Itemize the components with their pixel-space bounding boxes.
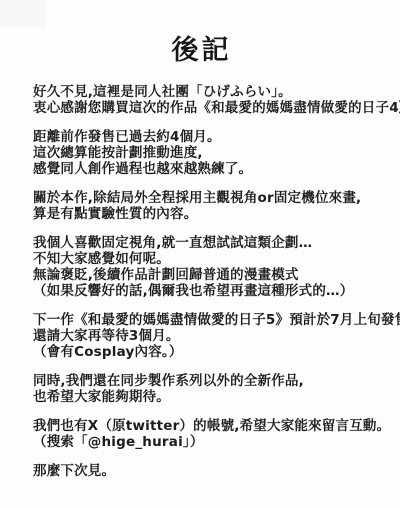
paragraph-social-account: 我們也有X（原twitter）的帳號,希望大家能來留言互動。 （搜索「@hige… [33, 418, 370, 450]
paragraph-personal-view: 我個人喜歡固定視角,就一直想試試這類企劃… 不知大家感覺如何呢。 無論褒貶,後續… [33, 235, 370, 299]
paragraph-farewell: 那麼下次見。 [33, 463, 370, 479]
afterword-line: 這次總算能按計劃推動進度, [33, 145, 370, 161]
afterword-line: 下一作《和最愛的媽媽盡情做愛的日子5》預計於7月上旬發售, [33, 312, 370, 328]
afterword-line: 關於本作,除結局外全程採用主觀視角or固定機位來畫, [33, 190, 370, 206]
afterword-line: （搜索「@hige_hurai」） [33, 434, 370, 450]
afterword-line: （如果反響好的話,偶爾我也希望再畫這種形式的…） [33, 283, 370, 299]
afterword-line: 同時,我們還在同步製作系列以外的全新作品, [33, 373, 370, 389]
afterword-line: 無論褒貶,後續作品計劃回歸普通的漫畫模式 [33, 267, 370, 283]
paragraph-about-work: 關於本作,除結局外全程採用主觀視角or固定機位來畫, 算是有點實驗性質的內容。 [33, 190, 370, 222]
afterword-line: 那麼下次見。 [33, 463, 370, 479]
afterword-line: 算是有點實驗性質的內容。 [33, 206, 370, 222]
paragraph-progress: 距離前作發售已過去約4個月。 這次總算能按計劃推動進度, 感覺同人創作過程也越來… [33, 129, 370, 177]
afterword-line: （會有Cosplay內容。） [33, 344, 370, 360]
page-title: 後記 [33, 28, 370, 67]
paragraph-next-work: 下一作《和最愛的媽媽盡情做愛的日子5》預計於7月上旬發售, 還請大家再等待3個月… [33, 312, 370, 360]
paragraph-greeting: 好久不見,這裡是同人社團「ひげふらい」。 衷心感謝您購買這次的作品《和最愛的媽媽… [33, 84, 370, 116]
afterword-line: 感覺同人創作過程也越來越熟練了。 [33, 161, 370, 177]
afterword-page: 後記 好久不見,這裡是同人社團「ひげふらい」。 衷心感謝您購買這次的作品《和最愛… [0, 0, 400, 508]
afterword-line: 我個人喜歡固定視角,就一直想試試這類企劃… [33, 235, 370, 251]
paragraph-new-series: 同時,我們還在同步製作系列以外的全新作品, 也希望大家能夠期待。 [33, 373, 370, 405]
afterword-line: 我們也有X（原twitter）的帳號,希望大家能來留言互動。 [33, 418, 370, 434]
afterword-line: 不知大家感覺如何呢。 [33, 251, 370, 267]
afterword-line: 衷心感謝您購買這次的作品《和最愛的媽媽盡情做愛的日子4》。 [33, 100, 370, 116]
afterword-line: 還請大家再等待3個月。 [33, 328, 370, 344]
afterword-line: 距離前作發售已過去約4個月。 [33, 129, 370, 145]
afterword-line: 好久不見,這裡是同人社團「ひげふらい」。 [33, 84, 370, 100]
afterword-line: 也希望大家能夠期待。 [33, 389, 370, 405]
